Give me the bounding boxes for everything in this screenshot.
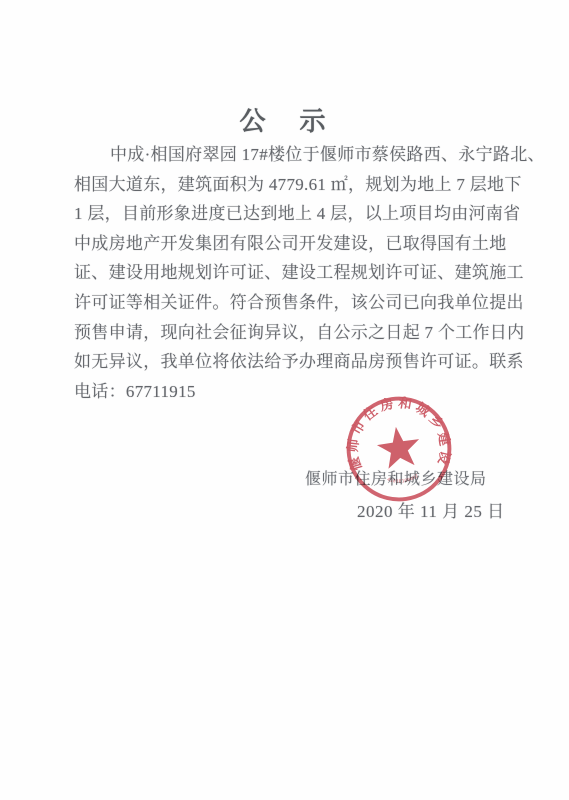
body-line: 中成·相国府翠园 17#楼位于偃师市蔡侯路西、永宁路北、 [74,140,508,170]
official-seal: 偃师市住房和城乡建设局 4103810009215 [340,393,458,505]
body-line: 中成房地产开发集团有限公司开发建设，已取得国有土地 [74,229,508,259]
body-line: 预售申请，现向社会征询异议，自公示之日起 7 个工作日内 [74,318,508,348]
star-icon [375,424,423,470]
body-line: 1 层，目前形象进度已达到地上 4 层，以上项目均由河南省 [74,199,508,229]
body-line: 许可证等相关证件。符合预售条件，该公司已向我单位提出 [74,288,508,318]
notice-body: 中成·相国府翠园 17#楼位于偃师市蔡侯路西、永宁路北、 相国大道东，建筑面积为… [74,140,508,406]
body-line: 相国大道东，建筑面积为 4779.61 ㎡，规划为地上 7 层地下 [74,170,508,200]
body-line: 证、建设用地规划许可证、建设工程规划许可证、建筑施工 [74,258,508,288]
body-line: 如无异议，我单位将依法给予办理商品房预售许可证。联系 [74,347,508,377]
page-title: 公 示 [0,101,569,138]
notice-document-page: 公 示 中成·相国府翠园 17#楼位于偃师市蔡侯路西、永宁路北、 相国大道东，建… [0,0,569,800]
